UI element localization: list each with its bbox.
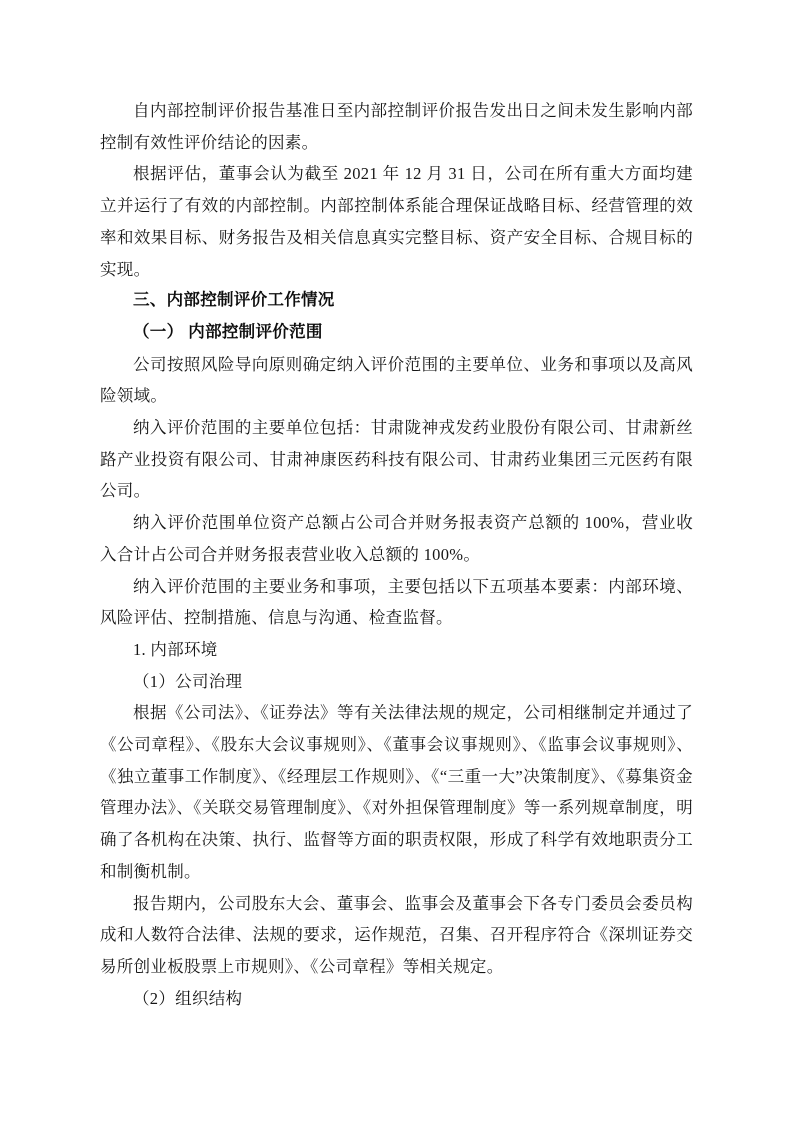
paragraph-scope-units: 纳入评价范围的主要单位包括：甘肃陇神戎发药业股份有限公司、甘肃新丝路产业投资有限… [100,412,693,507]
paragraph-board-conclusion: 根据评估，董事会认为截至 2021 年 12 月 31 日，公司在所有重大方面均… [100,158,693,285]
paragraph-five-elements: 纳入评价范围的主要业务和事项，主要包括以下五项基本要素：内部环境、风险评估、控制… [100,571,693,634]
document-page: 自内部控制评价报告基准日至内部控制评价报告发出日之间未发生影响内部控制有效性评价… [0,0,793,1122]
subsection-heading-3-1: （一） 内部控制评价范围 [100,317,693,349]
paragraph-reporting-period: 报告期内，公司股东大会、董事会、监事会及董事会下各专门委员会委员构成和人数符合法… [100,888,693,983]
section-heading-3: 三、内部控制评价工作情况 [100,285,693,317]
paragraph-scope-ratios: 纳入评价范围单位资产总额占公司合并财务报表资产总额的 100%，营业收入合计占公… [100,507,693,570]
list-label-governance: （1）公司治理 [100,666,693,698]
list-label-org-structure: （2）组织结构 [100,983,693,1015]
paragraph-risk-oriented: 公司按照风险导向原则确定纳入评价范围的主要单位、业务和事项以及高风险领域。 [100,349,693,412]
paragraph-rules-systems: 根据《公司法》、《证券法》等有关法律法规的规定，公司相继制定并通过了《公司章程》… [100,697,693,887]
paragraph-no-factors: 自内部控制评价报告基准日至内部控制评价报告发出日之间未发生影响内部控制有效性评价… [100,95,693,158]
list-label-internal-env: 1. 内部环境 [100,634,693,666]
